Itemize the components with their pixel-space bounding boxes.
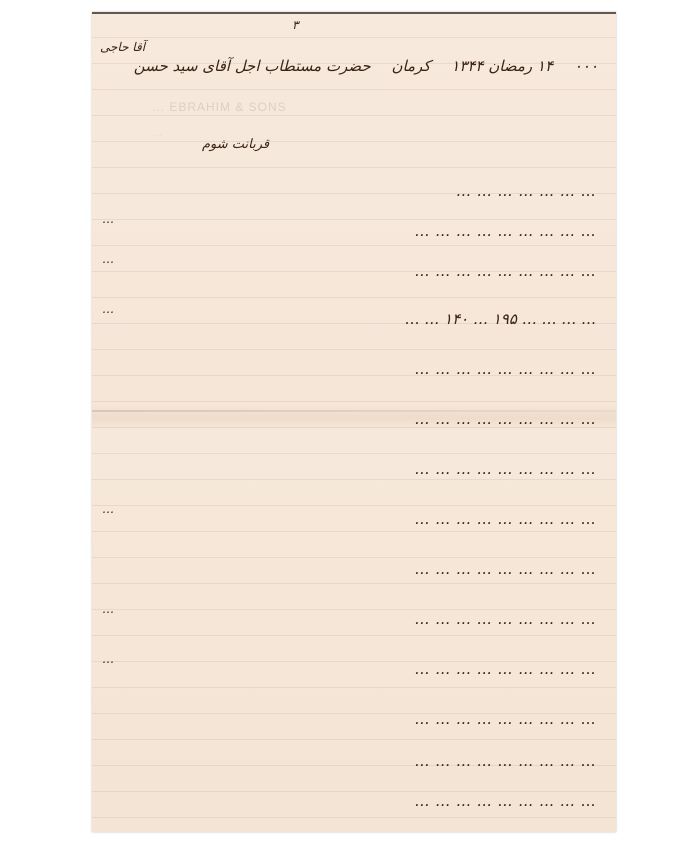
letter-date: ۱۴ رمضان ۱۳۴۴ xyxy=(451,57,553,75)
margin-note: … xyxy=(102,502,114,516)
addressee-continuation: آقا حاجی xyxy=(100,40,145,54)
paper-top-edge xyxy=(92,12,616,14)
body-line: … … … … … … … … … xyxy=(414,510,596,528)
margin-note: … xyxy=(102,212,114,226)
letter-page: ... EBRAHIM & SONS ... ۳ ۰۰۰ ۱۴ رمضان ۱۳… xyxy=(92,12,616,832)
body-line: … … … … ۱۹۵ … ۱۴۰ … … xyxy=(404,310,596,328)
reference-number: ۰۰۰ xyxy=(574,57,598,75)
body-line: … … … … … … … … … xyxy=(414,610,596,628)
body-line: … … … … … … … … … xyxy=(414,360,596,378)
body-line: … … … … … … … … … xyxy=(414,460,596,478)
letterhead-line-2: ... xyxy=(152,128,452,139)
body-line: … … … … … … … xyxy=(456,182,596,200)
body-line: … … … … … … … … … xyxy=(414,792,596,810)
body-line: … … … … … … … … … xyxy=(414,660,596,678)
body-line: … … … … … … … … … xyxy=(414,262,596,280)
margin-note: … xyxy=(102,252,114,266)
body-line: … … … … … … … … … xyxy=(414,410,596,428)
header-marker: ۳ xyxy=(292,18,298,32)
body-line: … … … … … … … … … xyxy=(414,752,596,770)
letter-place: کرمان xyxy=(391,57,430,75)
letter-header: ۰۰۰ ۱۴ رمضان ۱۳۴۴ کرمان حضرت مستطاب اجل … xyxy=(118,57,598,75)
faint-letterhead: ... EBRAHIM & SONS ... xyxy=(152,100,452,139)
salutation: قربانت شوم xyxy=(202,137,269,152)
body-line: … … … … … … … … … xyxy=(414,710,596,728)
margin-note: … xyxy=(102,602,114,616)
letterhead-line-1: ... EBRAHIM & SONS xyxy=(152,100,452,114)
margin-note: … xyxy=(102,652,114,666)
addressee: حضرت مستطاب اجل آقای سید حسن xyxy=(134,57,371,75)
margin-note: … xyxy=(102,302,114,316)
body-line: … … … … … … … … … xyxy=(414,222,596,240)
body-line: … … … … … … … … … xyxy=(414,560,596,578)
